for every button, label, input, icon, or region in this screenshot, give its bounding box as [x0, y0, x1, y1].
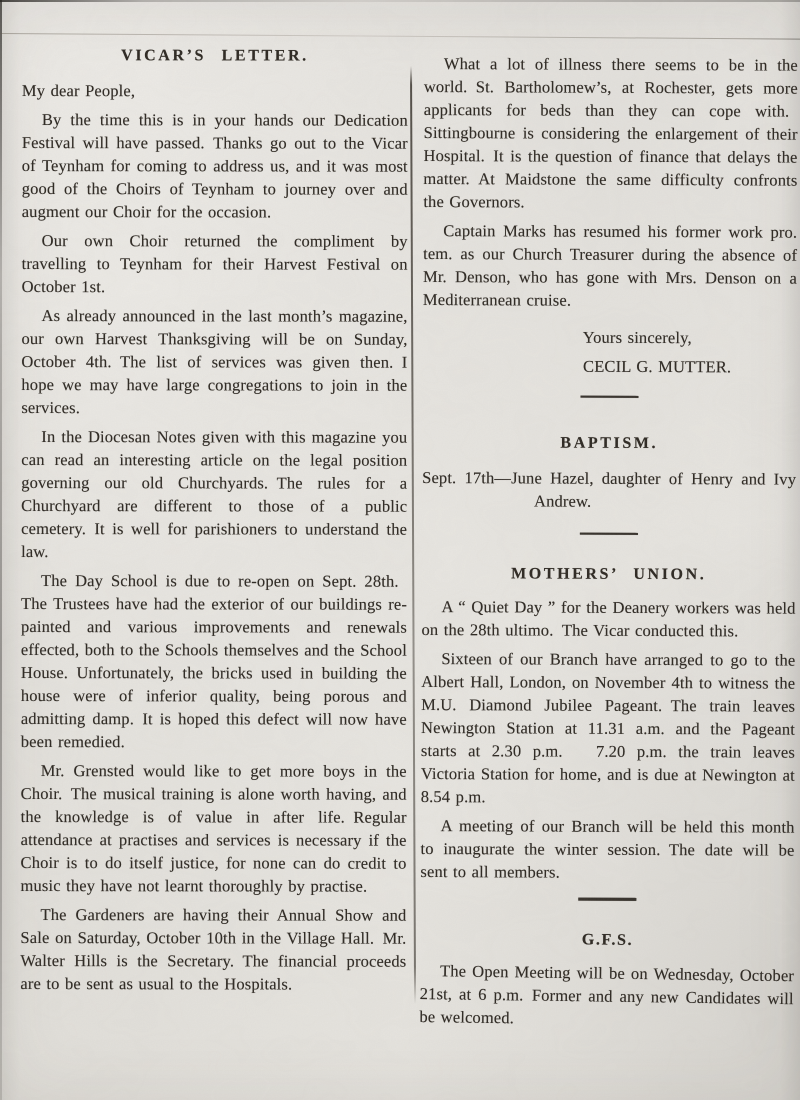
left-column: VICAR’S LETTER. My dear People, By the t…: [20, 44, 408, 1002]
signature: CECIL G. MUTTER.: [423, 354, 797, 379]
paragraph: Sixteen of our Branch have arranged to g…: [421, 647, 796, 810]
section-divider-rule: [580, 533, 638, 535]
baptism-heading: BAPTISM.: [422, 431, 796, 456]
salutation: My dear People,: [22, 79, 408, 103]
parish-magazine-page: VICAR’S LETTER. My dear People, By the t…: [0, 0, 800, 1100]
section-divider-rule: [580, 396, 638, 398]
scan-edge-left: [0, 0, 2, 1100]
paragraph: Captain Marks has resumed his former wor…: [423, 219, 797, 313]
paragraph: By the time this is in your hands our De…: [22, 108, 408, 224]
column-divider-rule: [410, 66, 416, 1004]
right-column: What a lot of illness there seems to be …: [420, 52, 798, 1035]
paragraph: The Open Meeting will be on Wednesday, O…: [419, 959, 794, 1033]
paragraph: A “ Quiet Day ” for the Deanery workers …: [421, 595, 795, 643]
paragraph: In the Diocesan Notes given with this ma…: [21, 425, 407, 564]
valediction: Yours sincerely,: [423, 325, 797, 350]
paragraph: The Day School is due to re-open on Sept…: [21, 569, 407, 754]
paragraph: A meeting of our Branch will be held thi…: [420, 814, 794, 885]
gfs-section: G.F.S. The Open Meeting will be on Wedne…: [419, 926, 794, 1033]
paragraph: The Gardeners are having their Annual Sh…: [20, 903, 406, 996]
paragraph: What a lot of illness there seems to be …: [423, 52, 798, 215]
paragraph: Mr. Grensted would like to get more boys…: [21, 759, 407, 898]
scan-edge-top: [0, 0, 800, 2]
paragraph: Our own Choir returned the compliment by…: [22, 229, 408, 299]
scan-artifact-line: [0, 33, 800, 40]
gfs-heading: G.F.S.: [420, 926, 794, 954]
paragraph: As already announced in the last month’s…: [21, 304, 407, 420]
section-divider-rule: [578, 898, 636, 900]
baptism-entry: Sept. 17th—June Hazel, daughter of Henry…: [422, 466, 796, 514]
mothers-union-heading: MOTHERS’ UNION.: [422, 562, 796, 587]
vicars-letter-heading: VICAR’S LETTER.: [22, 44, 408, 68]
